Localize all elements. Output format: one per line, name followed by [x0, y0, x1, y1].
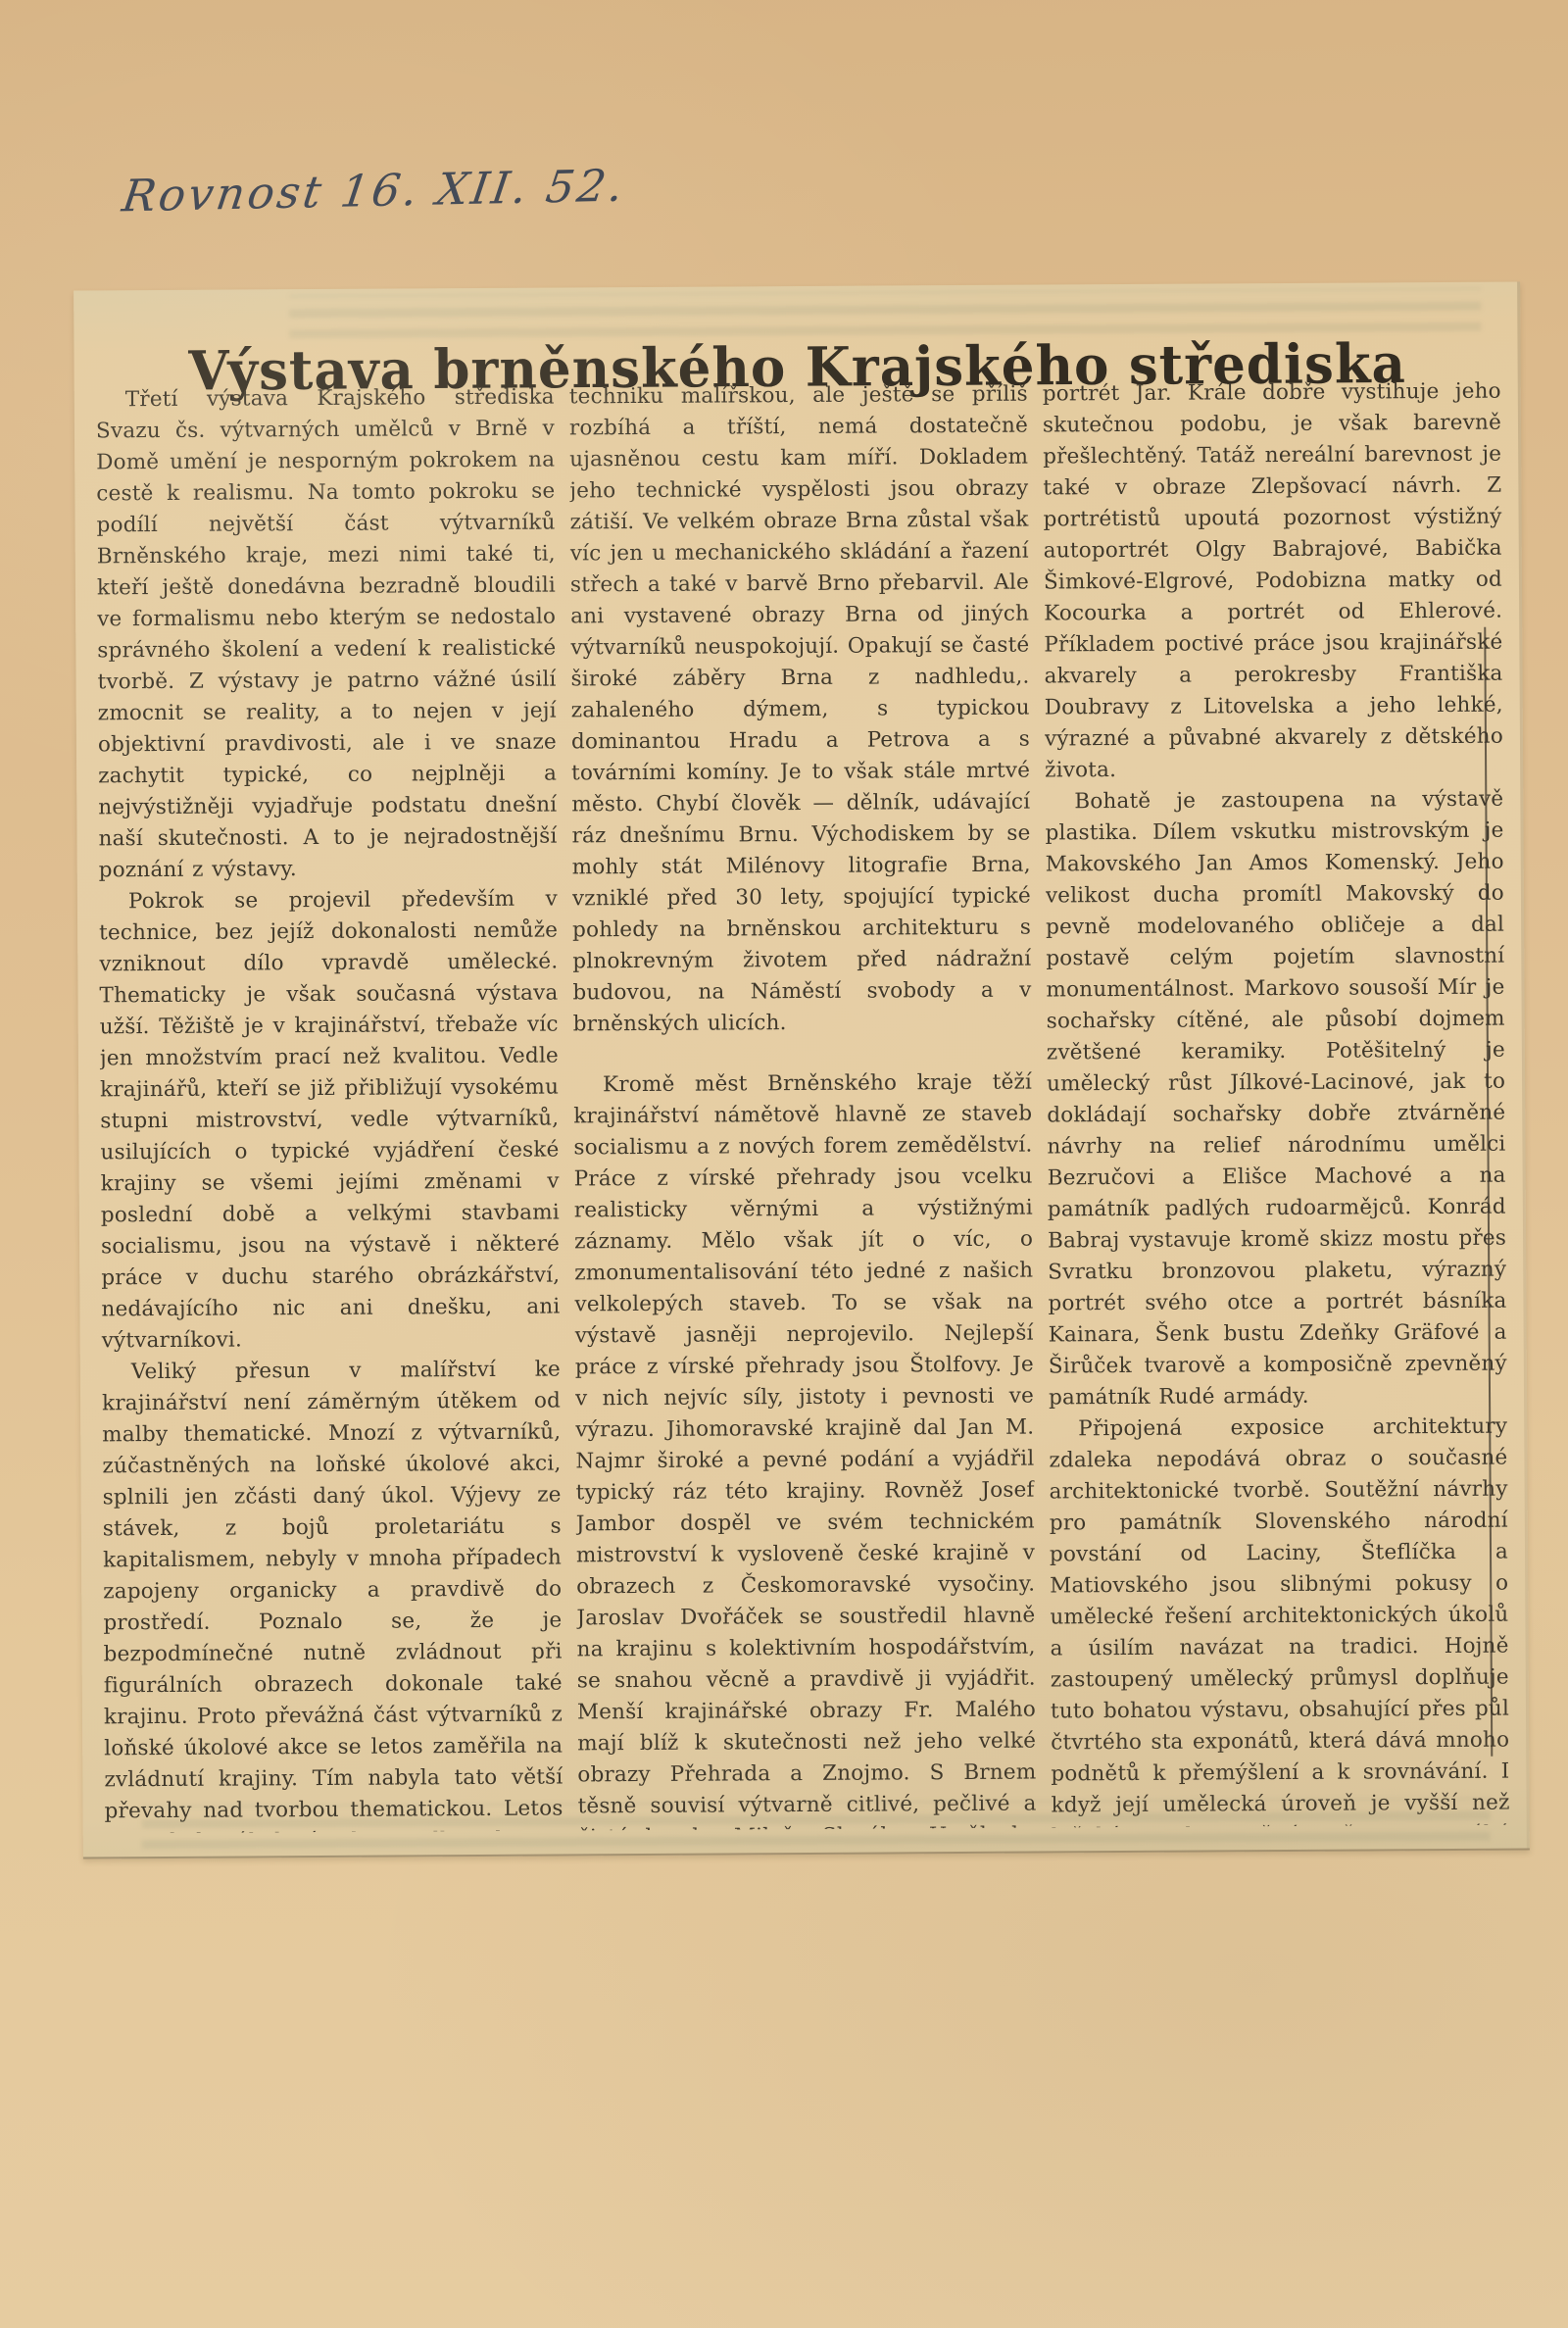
print-through-ghost-top [289, 288, 1481, 338]
article-column-2: techniku malířskou, ale ještě se příliš … [569, 379, 1037, 1831]
article-column-1: Třetí výstava Krajského střediska Svazu … [96, 382, 563, 1834]
paragraph: Bohatě je zastoupena na výstavě plastika… [1045, 784, 1507, 1414]
paragraph: Veliký přesun v malířství ke krajinářstv… [102, 1355, 563, 1834]
paragraph: Kromě měst Brněnského kraje těží krajiná… [573, 1067, 1037, 1831]
paragraph: portrét Jar. Krále dobře vystihuje jeho … [1043, 376, 1504, 787]
article-columns: Třetí výstava Krajského střediska Svazu … [96, 376, 1510, 1834]
paragraph: techniku malířskou, ale ještě se příliš … [569, 379, 1032, 1041]
handwritten-source-date-note: Rovnost 16. XII. 52. [120, 160, 629, 223]
newspaper-clipping: Výstava brněnského Krajského střediska T… [73, 282, 1530, 1859]
album-page: Rovnost 16. XII. 52. Výstava brněnského … [0, 0, 1568, 2328]
paragraph: Připojená exposice architektury zdaleka … [1049, 1412, 1510, 1828]
paragraph: Pokrok se projevil především v technice,… [99, 884, 561, 1358]
article-column-3: portrét Jar. Krále dobře vystihuje jeho … [1043, 376, 1510, 1828]
paragraph: Třetí výstava Krajského střediska Svazu … [96, 382, 558, 887]
clipping-cut-edge [1517, 282, 1530, 1849]
